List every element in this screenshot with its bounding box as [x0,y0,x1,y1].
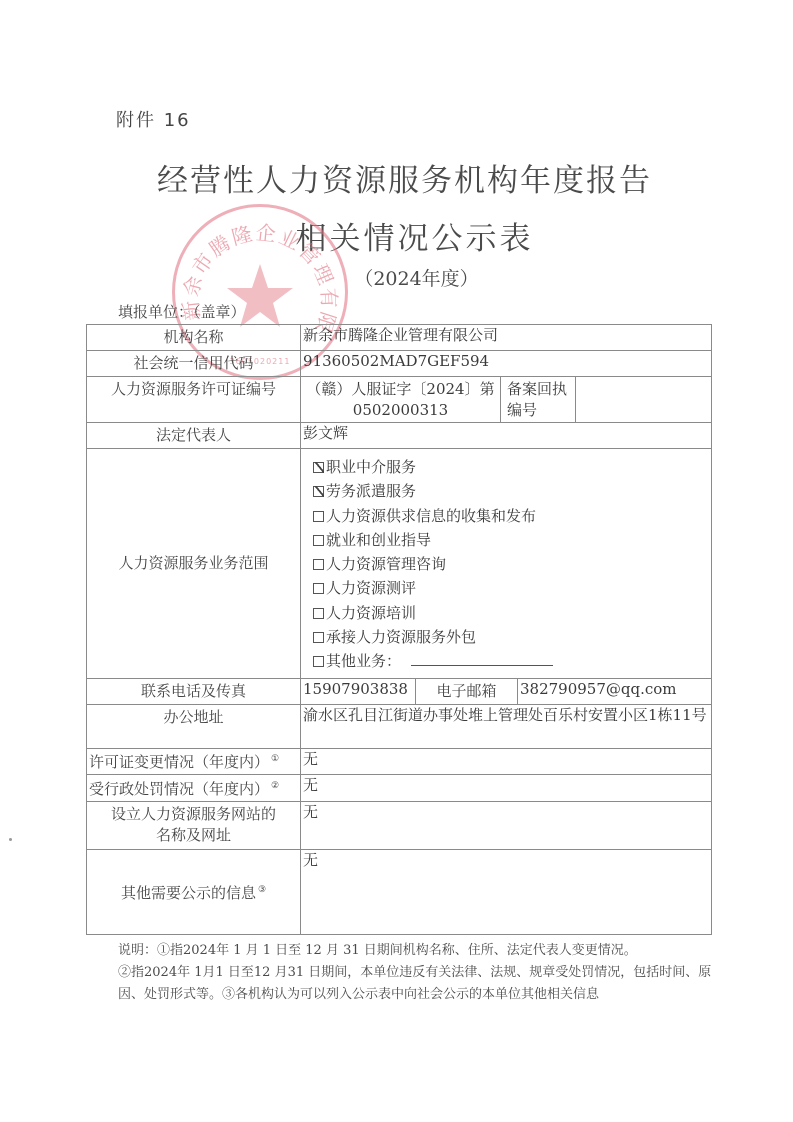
scope-item-label: 承接人力资源服务外包 [326,628,476,646]
checkbox-empty-icon [313,583,324,594]
license-value-line2: 0502000313 [303,400,498,421]
website-label-line2: 名称及网址 [89,825,298,846]
scope-item-hr-assessment: 人力资源测评 [313,576,709,600]
email-value: 382790957@qq.com [518,678,712,704]
checkbox-empty-icon [313,559,324,570]
scope-item-employment-guidance: 就业和创业指导 [313,528,709,552]
business-scope-list: 职业中介服务 劳务派遣服务 人力资源供求信息的收集和发布 就业和创业指导 人力资… [301,449,712,679]
report-table: 机构名称 新余市腾隆企业管理有限公司 社会统一信用代码 91360502MAD7… [86,324,712,935]
checkbox-checked-icon [313,486,324,497]
row-address: 办公地址 渝水区孔目江街道办事处堆上管理处百乐村安置小区1栋11号 [87,704,712,748]
website-value: 无 [301,801,712,849]
scope-item-hr-training: 人力资源培训 [313,601,709,625]
row-credit-code: 社会统一信用代码 91360502MAD7GEF594 [87,351,712,377]
record-receipt-label: 备案回执 编号 [501,377,576,423]
scope-item-label: 人力资源培训 [326,604,416,622]
scope-item-supply-demand-info: 人力资源供求信息的收集和发布 [313,504,709,528]
row-website: 设立人力资源服务网站的 名称及网址 无 [87,801,712,849]
penalty-value: 无 [301,774,712,801]
org-name-value: 新余市腾隆企业管理有限公司 [301,325,712,351]
website-label: 设立人力资源服务网站的 名称及网址 [87,801,301,849]
license-value-line1: （赣）人服证字〔2024〕第 [303,379,498,400]
checkbox-empty-icon [313,511,324,522]
footnote-line1: 说明：①指2024年 1 月 1 日至 12 月 31 日期间机构名称、住所、法… [118,940,718,962]
scan-speck [9,838,12,841]
scope-item-label: 职业中介服务 [326,458,416,476]
row-license-change: 许可证变更情况（年度内）① 无 [87,748,712,774]
report-year: （2024年度） [0,264,793,291]
other-info-label-text: 其他需要公示的信息 [121,884,256,902]
address-label: 办公地址 [87,704,301,748]
address-value: 渝水区孔目江街道办事处堆上管理处百乐村安置小区1栋11号 [301,704,712,748]
other-business-blank-line [411,651,553,666]
other-info-value: 无 [301,849,712,934]
checkbox-empty-icon [313,608,324,619]
scope-item-label: 人力资源供求信息的收集和发布 [326,507,536,525]
scope-item-label: 人力资源管理咨询 [326,555,446,573]
record-receipt-value [576,377,712,423]
org-name-label: 机构名称 [87,325,301,351]
checkbox-checked-icon [313,462,324,473]
document-title: 经营性人力资源服务机构年度报告 [0,155,793,200]
footnote-line2: ②指2024年 1月1 日至12 月31 日期间，本单位违反有关法律、法规、规章… [118,962,718,984]
record-receipt-label-line1: 备案回执 [507,379,573,400]
row-contact: 联系电话及传真 15907903838 电子邮箱 382790957@qq.co… [87,678,712,704]
checkbox-empty-icon [313,535,324,546]
note-mark: ① [271,754,279,764]
footnotes: 说明：①指2024年 1 月 1 日至 12 月 31 日期间机构名称、住所、法… [118,940,718,1006]
website-label-line1: 设立人力资源服务网站的 [89,804,298,825]
other-info-label: 其他需要公示的信息③ [87,849,301,934]
license-change-label-text: 许可证变更情况（年度内） [89,753,269,771]
email-label: 电子邮箱 [416,678,518,704]
checkbox-empty-icon [313,632,324,643]
document-subtitle: 相关情况公示表 [0,213,793,258]
credit-code-value: 91360502MAD7GEF594 [301,351,712,377]
note-mark: ② [271,781,279,791]
address-label-text: 办公地址 [163,708,223,726]
business-scope-label: 人力资源服务业务范围 [87,449,301,679]
penalty-label: 受行政处罚情况（年度内）② [87,774,301,801]
scope-item-label: 其他业务： [326,652,401,670]
license-label: 人力资源服务许可证编号 [87,377,301,423]
scope-item-label: 人力资源测评 [326,579,416,597]
row-penalty: 受行政处罚情况（年度内）② 无 [87,774,712,801]
filler-unit-label: 填报单位：（盖章） [118,301,246,322]
phone-value: 15907903838 [301,678,416,704]
license-change-label: 许可证变更情况（年度内）① [87,748,301,774]
scope-item-label: 劳务派遣服务 [326,482,416,500]
row-org-name: 机构名称 新余市腾隆企业管理有限公司 [87,325,712,351]
scope-item-other: 其他业务： [313,649,709,673]
penalty-label-text: 受行政处罚情况（年度内） [89,780,269,798]
row-other-info: 其他需要公示的信息③ 无 [87,849,712,934]
attachment-label: 附件 16 [116,106,191,132]
row-legal-rep: 法定代表人 彭文辉 [87,423,712,449]
license-label-text: 人力资源服务许可证编号 [111,380,276,398]
row-business-scope: 人力资源服务业务范围 职业中介服务 劳务派遣服务 人力资源供求信息的收集和发布 … [87,449,712,679]
scope-item-hr-outsourcing: 承接人力资源服务外包 [313,625,709,649]
legal-rep-value: 彭文辉 [301,423,712,449]
scope-item-label: 就业和创业指导 [326,531,431,549]
scope-item-hr-consulting: 人力资源管理咨询 [313,552,709,576]
record-receipt-label-line2: 编号 [507,400,573,421]
scope-item-job-intermediary: 职业中介服务 [313,455,709,479]
scope-item-labor-dispatch: 劳务派遣服务 [313,479,709,503]
license-value: （赣）人服证字〔2024〕第 0502000313 [301,377,501,423]
license-change-value: 无 [301,748,712,774]
credit-code-label: 社会统一信用代码 [87,351,301,377]
row-license: 人力资源服务许可证编号 （赣）人服证字〔2024〕第 0502000313 备案… [87,377,712,423]
note-mark: ③ [258,885,266,895]
checkbox-empty-icon [313,656,324,667]
contact-label: 联系电话及传真 [87,678,301,704]
legal-rep-label: 法定代表人 [87,423,301,449]
footnote-line3: 因、处罚形式等。③各机构认为可以列入公示表中向社会公示的本单位其他相关信息 [118,984,718,1006]
